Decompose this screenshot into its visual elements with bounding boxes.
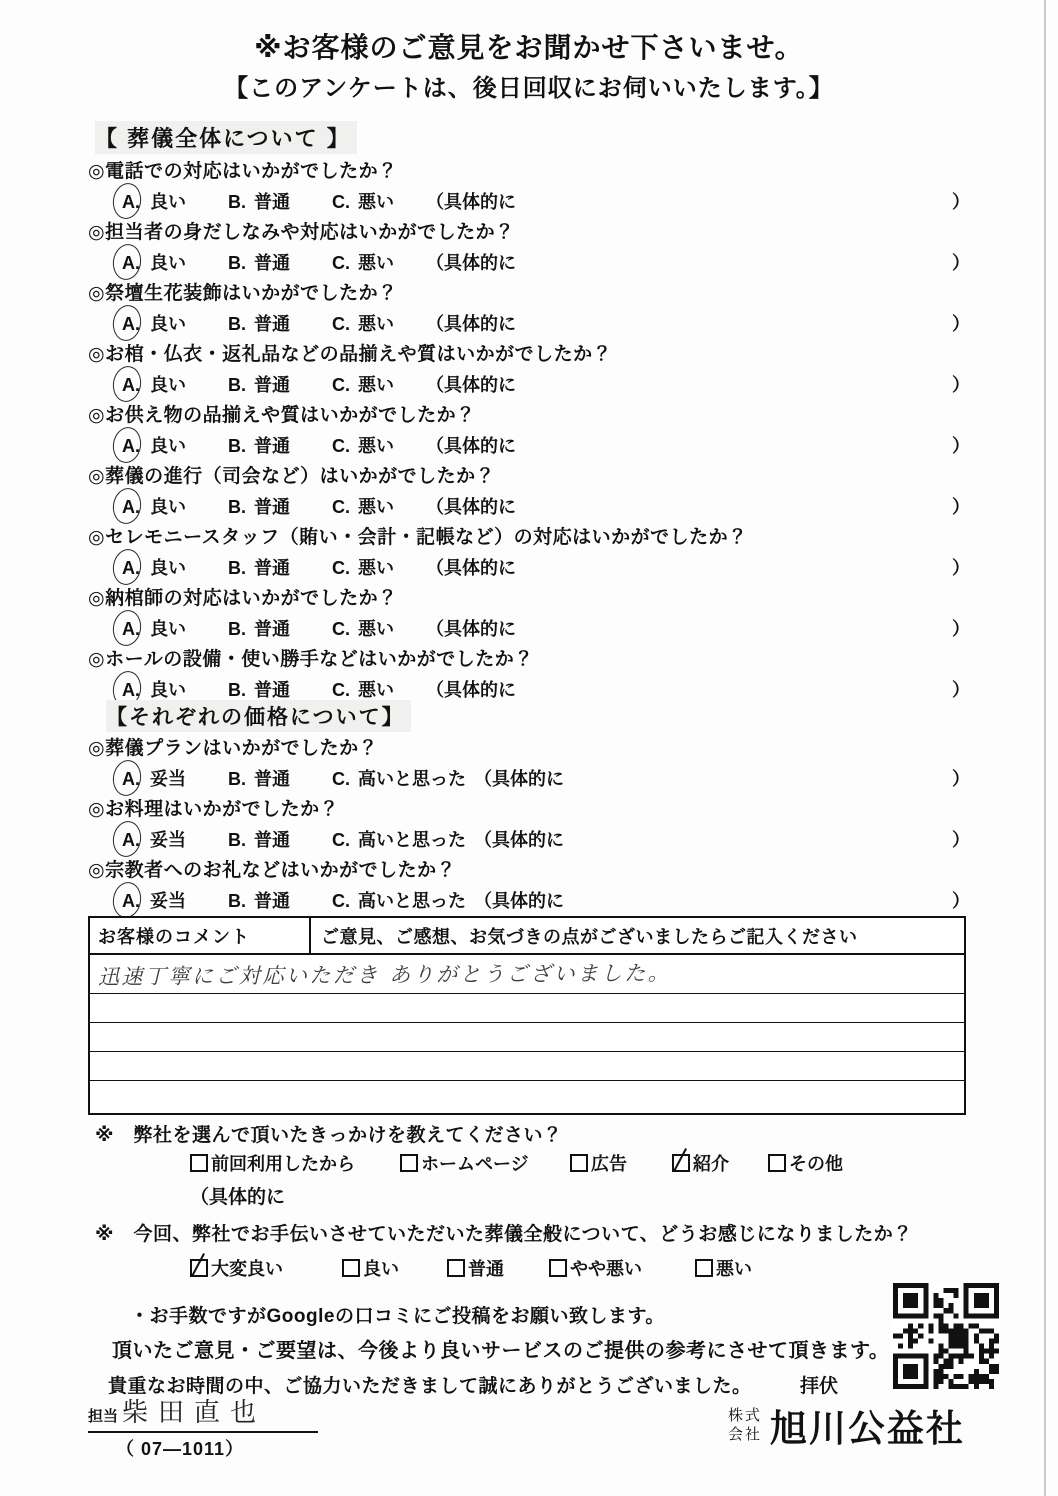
choice-b-label[interactable]: 普通 [254,826,290,854]
specifics-close: ） [952,554,970,582]
specifics-close: ） [952,615,970,643]
specifics-open: （具体的に [426,554,516,582]
feedback-note: 頂いたご意見・ご要望は、今後より良いサービスのご提供の参考にさせて頂きます。 [112,1334,889,1363]
checkbox-icon [447,1259,465,1277]
checkbox-previous-use[interactable]: 前回利用したから [190,1150,355,1176]
choice-b[interactable]: B. [228,432,246,460]
choice-a-label[interactable]: 良い [150,493,186,521]
comment-table-header: お客様のコメント ご意見、ご感想、お気づきの点がございましたらご記入ください [90,918,964,955]
specifics-open: （具体的に [426,493,516,521]
handwritten-comment: 迅速丁寧にご対応いただき ありがとうございました。 [98,957,671,991]
question-block: ◎ホールの設備・使い勝手などはいかがでしたか？ A. 良い B. 普通 C. 悪… [88,644,976,705]
specifics-close: ） [952,826,970,854]
section-heading-overall: 【 葬儀全体について 】 [95,121,357,154]
answer-row: A. 良い B. 普通 C. 悪い （具体的に ） [88,492,976,522]
question-text: ◎電話での対応はいかがでしたか？ [88,156,976,187]
answer-row: A. 良い B. 普通 C. 悪い （具体的に ） [88,553,976,583]
choice-a-label[interactable]: 良い [150,310,186,338]
question-text: ◎担当者の身だしなみや対応はいかがでしたか？ [88,217,976,248]
answer-row: A. 妥当 B. 普通 C. 高いと思った （具体的に ） [88,886,976,916]
comment-label: お客様のコメント [90,918,311,953]
choice-a-circled[interactable]: A. [120,493,142,521]
company-name: 旭川公益社 [770,1398,965,1452]
choice-b[interactable]: B. [228,887,246,915]
specifics-close: ） [952,249,970,277]
choice-b[interactable]: B. [228,188,246,216]
choice-b[interactable]: B. [228,249,246,277]
question-text: ◎ホールの設備・使い勝手などはいかがでしたか？ [88,644,976,675]
checkbox-advertisement[interactable]: 広告 [570,1150,627,1176]
choice-b[interactable]: B. [228,765,246,793]
question-block: ◎お棺・仏衣・返礼品などの品揃えや質はいかがでしたか？ A. 良い B. 普通 … [88,339,976,400]
check-mark [191,1253,205,1277]
overall-feel-question: ※ 今回、弊社でお手伝いさせていただいた葬儀全般について、どうお感じになりました… [95,1219,913,1246]
choice-b-label[interactable]: 普通 [254,310,290,338]
choice-c[interactable]: C. [332,310,350,338]
choice-b[interactable]: B. [228,554,246,582]
checkbox-icon [342,1259,360,1277]
price-questions: ◎葬儀プランはいかがでしたか？ A. 妥当 B. 普通 C. 高いと思った （具… [88,733,976,916]
overall-questions: ◎電話での対応はいかがでしたか？ A. 良い B. 普通 C. 悪い （具体的に… [88,156,976,705]
comment-write-row[interactable] [90,994,964,1023]
question-text: ◎お料理はいかがでしたか？ [88,794,976,825]
specifics-open: （具体的に [426,615,516,643]
staff-label: 担当 [88,1405,118,1429]
staff-name-handwritten: 柴田直也 [122,1392,266,1429]
choice-a-label[interactable]: 良い [150,432,186,460]
checkbox-icon [570,1154,588,1172]
choice-c[interactable]: C. [332,765,350,793]
choice-c-label[interactable]: 悪い [358,188,394,216]
checkbox-other[interactable]: その他 [768,1150,843,1176]
choice-b-label[interactable]: 普通 [254,371,290,399]
choice-c[interactable]: C. [332,887,350,915]
choice-b-label[interactable]: 普通 [254,887,290,915]
checkbox-referral-checked[interactable]: 紹介 [672,1150,729,1176]
question-text: ◎葬儀プランはいかがでしたか？ [88,733,976,764]
choice-c[interactable]: C. [332,371,350,399]
choice-c-label[interactable]: 悪い [358,493,394,521]
question-block: ◎納棺師の対応はいかがでしたか？ A. 良い B. 普通 C. 悪い （具体的に… [88,583,976,644]
question-block: ◎担当者の身だしなみや対応はいかがでしたか？ A. 良い B. 普通 C. 悪い… [88,217,976,278]
choice-a-label[interactable]: 良い [150,249,186,277]
specifics-close: ） [952,188,970,216]
specifics-close: ） [952,676,970,704]
answer-row: A. 良い B. 普通 C. 悪い （具体的に ） [88,431,976,461]
choice-c[interactable]: C. [332,826,350,854]
specifics-open: （具体的に [426,676,516,704]
specifics-close: ） [952,432,970,460]
answer-row: A. 妥当 B. 普通 C. 高いと思った （具体的に ） [88,764,976,794]
staff-code: （ 07—1011） [88,1435,318,1461]
question-block: ◎お料理はいかがでしたか？ A. 妥当 B. 普通 C. 高いと思った （具体的… [88,794,976,855]
origin-specifics: （具体的に [190,1182,285,1209]
choice-a-circled[interactable]: A. [120,188,142,216]
question-text: ◎セレモニースタッフ（賄い・会計・記帳など）の対応はいかがでしたか？ [88,522,976,553]
checkbox-good[interactable]: 良い [342,1255,399,1281]
section-heading-price: 【それぞれの価格について】 [106,700,411,732]
choice-c-label[interactable]: 悪い [358,554,394,582]
specifics-close: ） [952,765,970,793]
choice-a-circled[interactable]: A. [120,432,142,460]
choice-a-circled[interactable]: A. [120,826,142,854]
choice-c[interactable]: C. [332,615,350,643]
staff-name-row: 担当 柴田直也 [88,1392,318,1433]
choice-a-label[interactable]: 良い [150,554,186,582]
checkbox-icon [768,1154,786,1172]
comment-instruction: ご意見、ご感想、お気づきの点がございましたらご記入ください [311,918,964,953]
comment-write-row[interactable] [90,1023,964,1052]
form-subtitle: 【このアンケートは、後日回収にお伺いいたします。】 [0,68,1058,103]
choice-a-circled[interactable]: A. [120,765,142,793]
choice-b-label[interactable]: 普通 [254,188,290,216]
question-block: ◎祭壇生花装飾はいかがでしたか？ A. 良い B. 普通 C. 悪い （具体的に… [88,278,976,339]
question-text: ◎祭壇生花装飾はいかがでしたか？ [88,278,976,309]
scan-edge-artifact [1044,0,1046,1496]
question-text: ◎お棺・仏衣・返礼品などの品揃えや質はいかがでしたか？ [88,339,976,370]
closing-word: 拝伏 [800,1371,838,1398]
choice-a-label[interactable]: 妥当 [150,887,186,915]
checkbox-very-good-checked[interactable]: 大変良い [190,1255,283,1281]
choice-a-label[interactable]: 良い [150,615,186,643]
choice-b[interactable]: B. [228,826,246,854]
specifics-open: （具体的に [474,765,564,793]
choice-c-label[interactable]: 悪い [358,615,394,643]
choice-b-label[interactable]: 普通 [254,765,290,793]
choice-c-label[interactable]: 悪い [358,371,394,399]
choice-c[interactable]: C. [332,188,350,216]
specifics-open: （具体的に [426,188,516,216]
checkbox-icon [190,1154,208,1172]
choice-b[interactable]: B. [228,371,246,399]
checkbox-somewhat-bad[interactable]: やや悪い [549,1255,642,1281]
choice-a-label[interactable]: 妥当 [150,765,186,793]
question-text: ◎納棺師の対応はいかがでしたか？ [88,583,976,614]
choice-a-circled[interactable]: A. [120,887,142,915]
choice-b-label[interactable]: 普通 [254,249,290,277]
qr-code [893,1283,999,1389]
question-text: ◎お供え物の品揃えや質はいかがでしたか？ [88,400,976,431]
specifics-open: （具体的に [426,432,516,460]
choice-a-circled[interactable]: A. [120,310,142,338]
question-block: ◎葬儀の進行（司会など）はいかがでしたか？ A. 良い B. 普通 C. 悪い … [88,461,976,522]
choice-c-label[interactable]: 悪い [358,249,394,277]
choice-c-label[interactable]: 悪い [358,432,394,460]
choice-c-label[interactable]: 悪い [358,310,394,338]
choice-c-label[interactable]: 高いと思った [358,826,466,854]
choice-c[interactable]: C. [332,493,350,521]
choice-c-label[interactable]: 高いと思った [358,887,466,915]
choice-a-label[interactable]: 良い [150,188,186,216]
answer-row: A. 妥当 B. 普通 C. 高いと思った （具体的に ） [88,825,976,855]
company-prefix: 株式 会社 [728,1406,762,1444]
answer-row: A. 良い B. 普通 C. 悪い （具体的に ） [88,248,976,278]
choice-b-label[interactable]: 普通 [254,432,290,460]
specifics-close: ） [952,887,970,915]
choice-b-label[interactable]: 普通 [254,554,290,582]
choice-b[interactable]: B. [228,615,246,643]
answer-row: A. 良い B. 普通 C. 悪い （具体的に ） [88,614,976,644]
comment-write-row[interactable]: 迅速丁寧にご対応いただき ありがとうございました。 [90,955,964,994]
specifics-open: （具体的に [426,371,516,399]
comment-table: お客様のコメント ご意見、ご感想、お気づきの点がございましたらご記入ください 迅… [88,916,966,1115]
checkbox-homepage[interactable]: ホームページ [400,1150,529,1176]
choice-a-label[interactable]: 良い [150,371,186,399]
choice-c[interactable]: C. [332,249,350,277]
question-text: ◎葬儀の進行（司会など）はいかがでしたか？ [88,461,976,492]
survey-form-page: ※お客様のご意見をお聞かせ下さいませ。 【このアンケートは、後日回収にお伺いいた… [0,0,1058,1496]
question-block: ◎葬儀プランはいかがでしたか？ A. 妥当 B. 普通 C. 高いと思った （具… [88,733,976,794]
form-title: ※お客様のご意見をお聞かせ下さいませ。 [0,26,1058,66]
specifics-close: ） [952,371,970,399]
choice-c-label[interactable]: 高いと思った [358,765,466,793]
question-block: ◎宗教者へのお礼などはいかがでしたか？ A. 妥当 B. 普通 C. 高いと思っ… [88,855,976,916]
question-block: ◎お供え物の品揃えや質はいかがでしたか？ A. 良い B. 普通 C. 悪い （… [88,400,976,461]
google-review-note: ・お手数ですがGoogleの口コミにご投稿をお願い致します。 [130,1301,665,1328]
checkbox-normal[interactable]: 普通 [447,1255,504,1281]
specifics-open: （具体的に [474,887,564,915]
choice-c[interactable]: C. [332,554,350,582]
origin-question: ※ 弊社を選んで頂いたきっかけを教えてください？ [95,1120,562,1147]
specifics-close: ） [952,493,970,521]
answer-row: A. 良い B. 普通 C. 悪い （具体的に ） [88,370,976,400]
specifics-open: （具体的に [474,826,564,854]
choice-b-label[interactable]: 普通 [254,493,290,521]
company-block: 株式 会社 旭川公益社 [728,1398,965,1452]
choice-b[interactable]: B. [228,493,246,521]
checkbox-checked-icon [672,1154,690,1172]
comment-write-row[interactable] [90,1081,964,1113]
question-block: ◎セレモニースタッフ（賄い・会計・記帳など）の対応はいかがでしたか？ A. 良い… [88,522,976,583]
answer-row: A. 良い B. 普通 C. 悪い （具体的に ） [88,187,976,217]
comment-write-row[interactable] [90,1052,964,1081]
choice-b[interactable]: B. [228,310,246,338]
choice-b-label[interactable]: 普通 [254,615,290,643]
checkbox-checked-icon [190,1259,208,1277]
choice-a-circled[interactable]: A. [120,249,142,277]
specifics-open: （具体的に [426,249,516,277]
check-mark [673,1148,687,1172]
checkbox-bad[interactable]: 悪い [695,1255,752,1281]
choice-a-circled[interactable]: A. [120,615,142,643]
choice-a-circled[interactable]: A. [120,554,142,582]
question-text: ◎宗教者へのお礼などはいかがでしたか？ [88,855,976,886]
checkbox-icon [549,1259,567,1277]
choice-c[interactable]: C. [332,432,350,460]
specifics-close: ） [952,310,970,338]
checkbox-icon [400,1154,418,1172]
choice-a-label[interactable]: 妥当 [150,826,186,854]
question-block: ◎電話での対応はいかがでしたか？ A. 良い B. 普通 C. 悪い （具体的に… [88,156,976,217]
choice-a-circled[interactable]: A. [120,371,142,399]
checkbox-icon [695,1259,713,1277]
specifics-open: （具体的に [426,310,516,338]
answer-row: A. 良い B. 普通 C. 悪い （具体的に ） [88,309,976,339]
staff-signature-block: 担当 柴田直也 （ 07—1011） [88,1392,318,1461]
